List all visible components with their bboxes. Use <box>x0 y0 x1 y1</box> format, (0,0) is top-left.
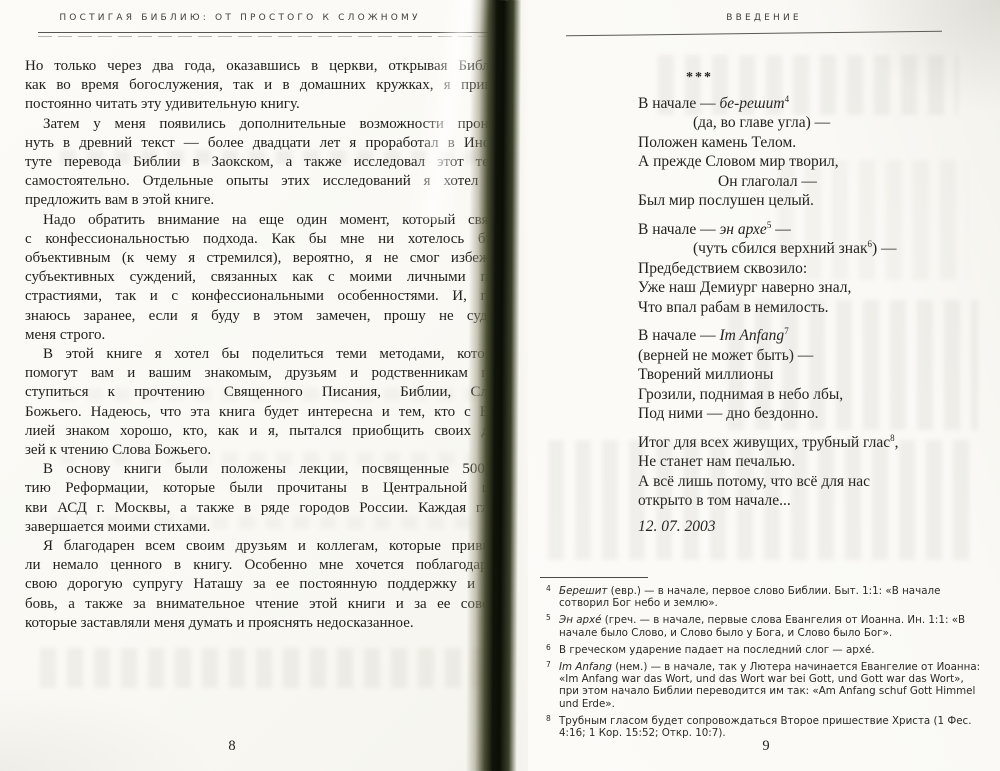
left-head-rule-ghost <box>38 36 500 37</box>
poem-line: открыто в том начале... <box>638 491 968 511</box>
right-running-head: ВВЕДЕНИЕ <box>528 13 1000 23</box>
text-line: свою дорогую супругу Наташу за ее постоя… <box>25 575 509 594</box>
poem-line: В начале — бе-решит4 <box>638 94 968 114</box>
text-line: страстиями, так и с конфессиональными ос… <box>25 287 509 306</box>
book-scan: { "colors": { "paper": "#faf9f4", "ink":… <box>0 0 1000 771</box>
left-running-head: ПОСТИГАЯ БИБЛИЮ: ОТ ПРОСТОГО К СЛОЖНОМУ <box>30 13 450 23</box>
text-line: ступиться к прочтению Священного Писания… <box>25 383 509 402</box>
text-line: В основу книги были положены лекции, пос… <box>25 460 509 479</box>
poem-stanza: В начале — Im Anfang7(верней не может бы… <box>638 326 968 424</box>
poem-line: Он глаголал — <box>718 172 968 192</box>
poem-line: (чуть сбился верхний знак6) — <box>693 239 968 259</box>
poem-line: (да, во главе угла) — <box>693 113 968 133</box>
poem-date: 12. 07. 2003 <box>638 517 968 537</box>
poem-line: Итог для всех живущих, трубный глас8, <box>638 433 968 453</box>
poem-line: А всё лишь потому, что всё для нас <box>638 472 968 492</box>
book-spine-shadow <box>466 0 529 771</box>
text-line: субъективных суждений, связанных как с м… <box>25 268 509 287</box>
poem-line: Уже наш Демиург наверно знал, <box>638 278 968 298</box>
footnote-marker: 8 <box>546 713 551 725</box>
text-line: Божьего. Надеюсь, что эта книга будет ин… <box>25 403 509 422</box>
poem-stanza: В начале — бе-решит4(да, во главе угла) … <box>638 94 968 211</box>
text-line: бовь, а также за внимательное чтение это… <box>25 595 509 614</box>
poem-line: Грозили, поднимая в небо лбы, <box>638 385 968 405</box>
left-head-rule <box>38 32 500 33</box>
footnote-marker: 6 <box>546 642 551 654</box>
poem-line: Не станет нам печалью. <box>638 452 968 472</box>
poem-line: Под ними — дно бездонно. <box>638 404 968 424</box>
footnote-marker: 5 <box>546 612 551 624</box>
text-line: В этой книге я хотел бы поделиться теми … <box>25 345 509 364</box>
text-line: меня строго. <box>25 326 509 345</box>
poem-line: Предбедствием сквозило: <box>638 259 968 279</box>
footnote: 7Im Anfang (нем.) — в начале, так у Люте… <box>545 661 986 711</box>
bleedthrough-artifact <box>40 648 490 688</box>
text-line: объективным (к чему я стремился), вероят… <box>25 249 509 268</box>
text-line: знаюсь заранее, если я буду в этом замеч… <box>25 307 509 326</box>
text-line: лией знаком хорошо, кто, как и я, пыталс… <box>25 422 509 441</box>
poem: *** В начале — бе-решит4(да, во главе уг… <box>638 68 968 536</box>
poem-line: Был мир послушен целый. <box>638 191 968 211</box>
poem-line: В начале — Im Anfang7 <box>638 326 968 346</box>
text-line: с конфессиональностью подхода. Как бы мн… <box>25 230 509 249</box>
right-page: ВВЕДЕНИЕ *** В начале — бе-решит4(да, во… <box>528 0 1000 771</box>
footnote: 8Трубным гласом будет сопровождаться Вто… <box>545 715 986 740</box>
footnote: 4Берешит (евр.) — в начале, первое слово… <box>545 585 986 610</box>
footnote-separator <box>540 577 648 578</box>
poem-line: Положен камень Телом. <box>638 133 968 153</box>
poem-line: А прежде Словом мир творил, <box>638 152 968 172</box>
text-line: завершается моими стихами. <box>25 518 509 537</box>
poem-section-mark: *** <box>686 68 968 88</box>
poem-line: (верней не может быть) — <box>638 346 968 366</box>
right-page-number: 9 <box>754 738 778 755</box>
poem-stanza: Итог для всех живущих, трубный глас8,Не … <box>638 433 968 511</box>
text-line: ли немало ценного в книгу. Особенно мне … <box>25 556 509 575</box>
text-line: тию Реформации, которые были прочитаны в… <box>25 479 509 498</box>
footnote: 5Эн архе́ (греч. — в начале, первые слов… <box>545 614 986 639</box>
poem-stanza: В начале — эн архе5 —(чуть сбился верхни… <box>638 220 968 318</box>
text-line: которые заставляли меня думать и проясня… <box>25 614 509 633</box>
right-head-rule <box>566 31 942 37</box>
poem-line: В начале — эн архе5 — <box>638 220 968 240</box>
left-page-number: 8 <box>220 738 244 755</box>
footnote-marker: 7 <box>546 659 551 671</box>
poem-line: Что впал рабам в немилость. <box>638 298 968 318</box>
text-line: зей к чтению Слова Божьего. <box>25 441 509 460</box>
poem-line: Творений миллионы <box>638 365 968 385</box>
poem-stanzas: В начале — бе-решит4(да, во главе угла) … <box>638 94 968 511</box>
footnote: 6В греческом ударение падает на последни… <box>545 644 986 656</box>
text-line: Я благодарен всем своим друзьям и коллег… <box>25 537 509 556</box>
text-line: кви АСД г. Москвы, а также в ряде городо… <box>25 499 509 518</box>
footnote-marker: 4 <box>546 583 551 595</box>
footnotes-block: 4Берешит (евр.) — в начале, первое слово… <box>545 585 986 744</box>
text-line: помогут вам и вашим знакомым, друзьям и … <box>25 364 509 383</box>
